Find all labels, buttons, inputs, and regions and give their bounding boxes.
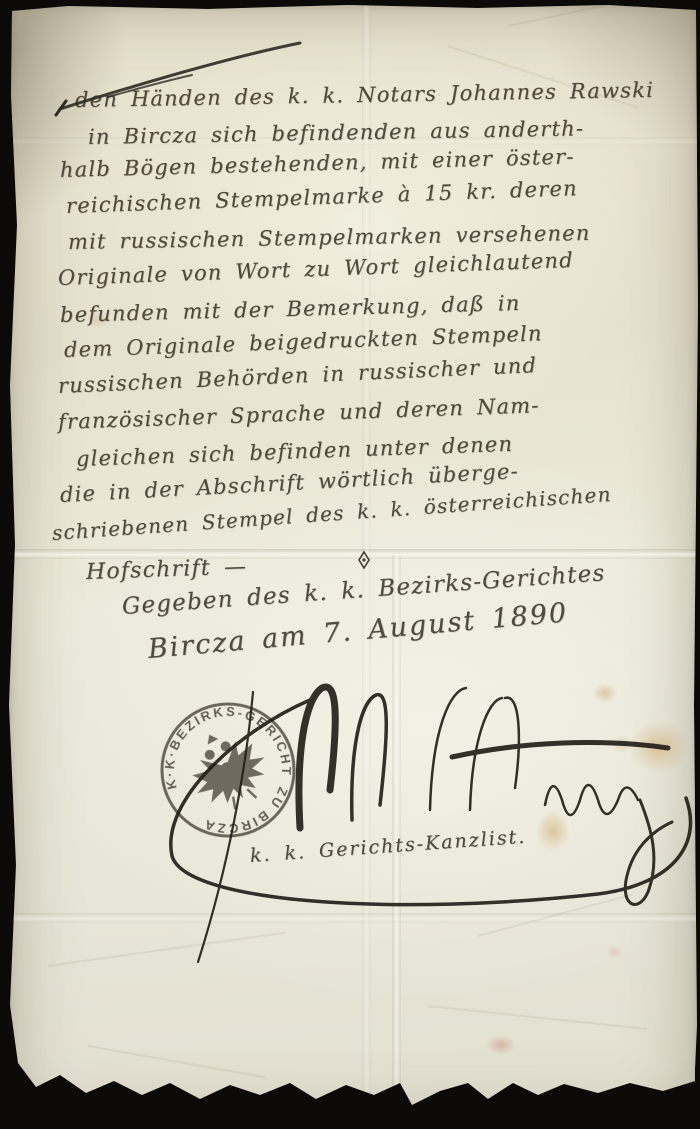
handwriting-line-5: mit russischen Stempelmarken versehenen [68,221,591,254]
crease-line [428,1005,647,1030]
stain-spot [486,1035,516,1055]
handwriting-line-14: Hofschrift — [86,554,248,585]
scanned-document: den Händen des k. k. Notars Johannes Raw… [0,0,700,1129]
paper-sheet: den Händen des k. k. Notars Johannes Raw… [8,5,698,1129]
crease-line [88,1045,266,1078]
signature-flourish [140,630,700,1000]
handwriting-line-3: halb Bögen bestehenden, mit einer öster- [60,145,575,182]
handwriting-line-10: französischer Sprache und deren Nam- [58,393,540,434]
fold-ink-mark-icon [356,551,372,569]
handwriting-line-7: befunden mit der Bemerkung, daß in [60,291,521,327]
ink-slash-mark [50,35,312,127]
handwriting-line-4: reichischen Stempelmarke à 15 kr. deren [66,176,579,218]
handwriting-line-9: russischen Behörden in russischer und [57,353,537,398]
fold-crease-horizontal-main [8,549,698,559]
handwriting-line-6: Originale von Wort zu Wort gleichlautend [58,248,575,290]
crease-line [508,0,675,27]
